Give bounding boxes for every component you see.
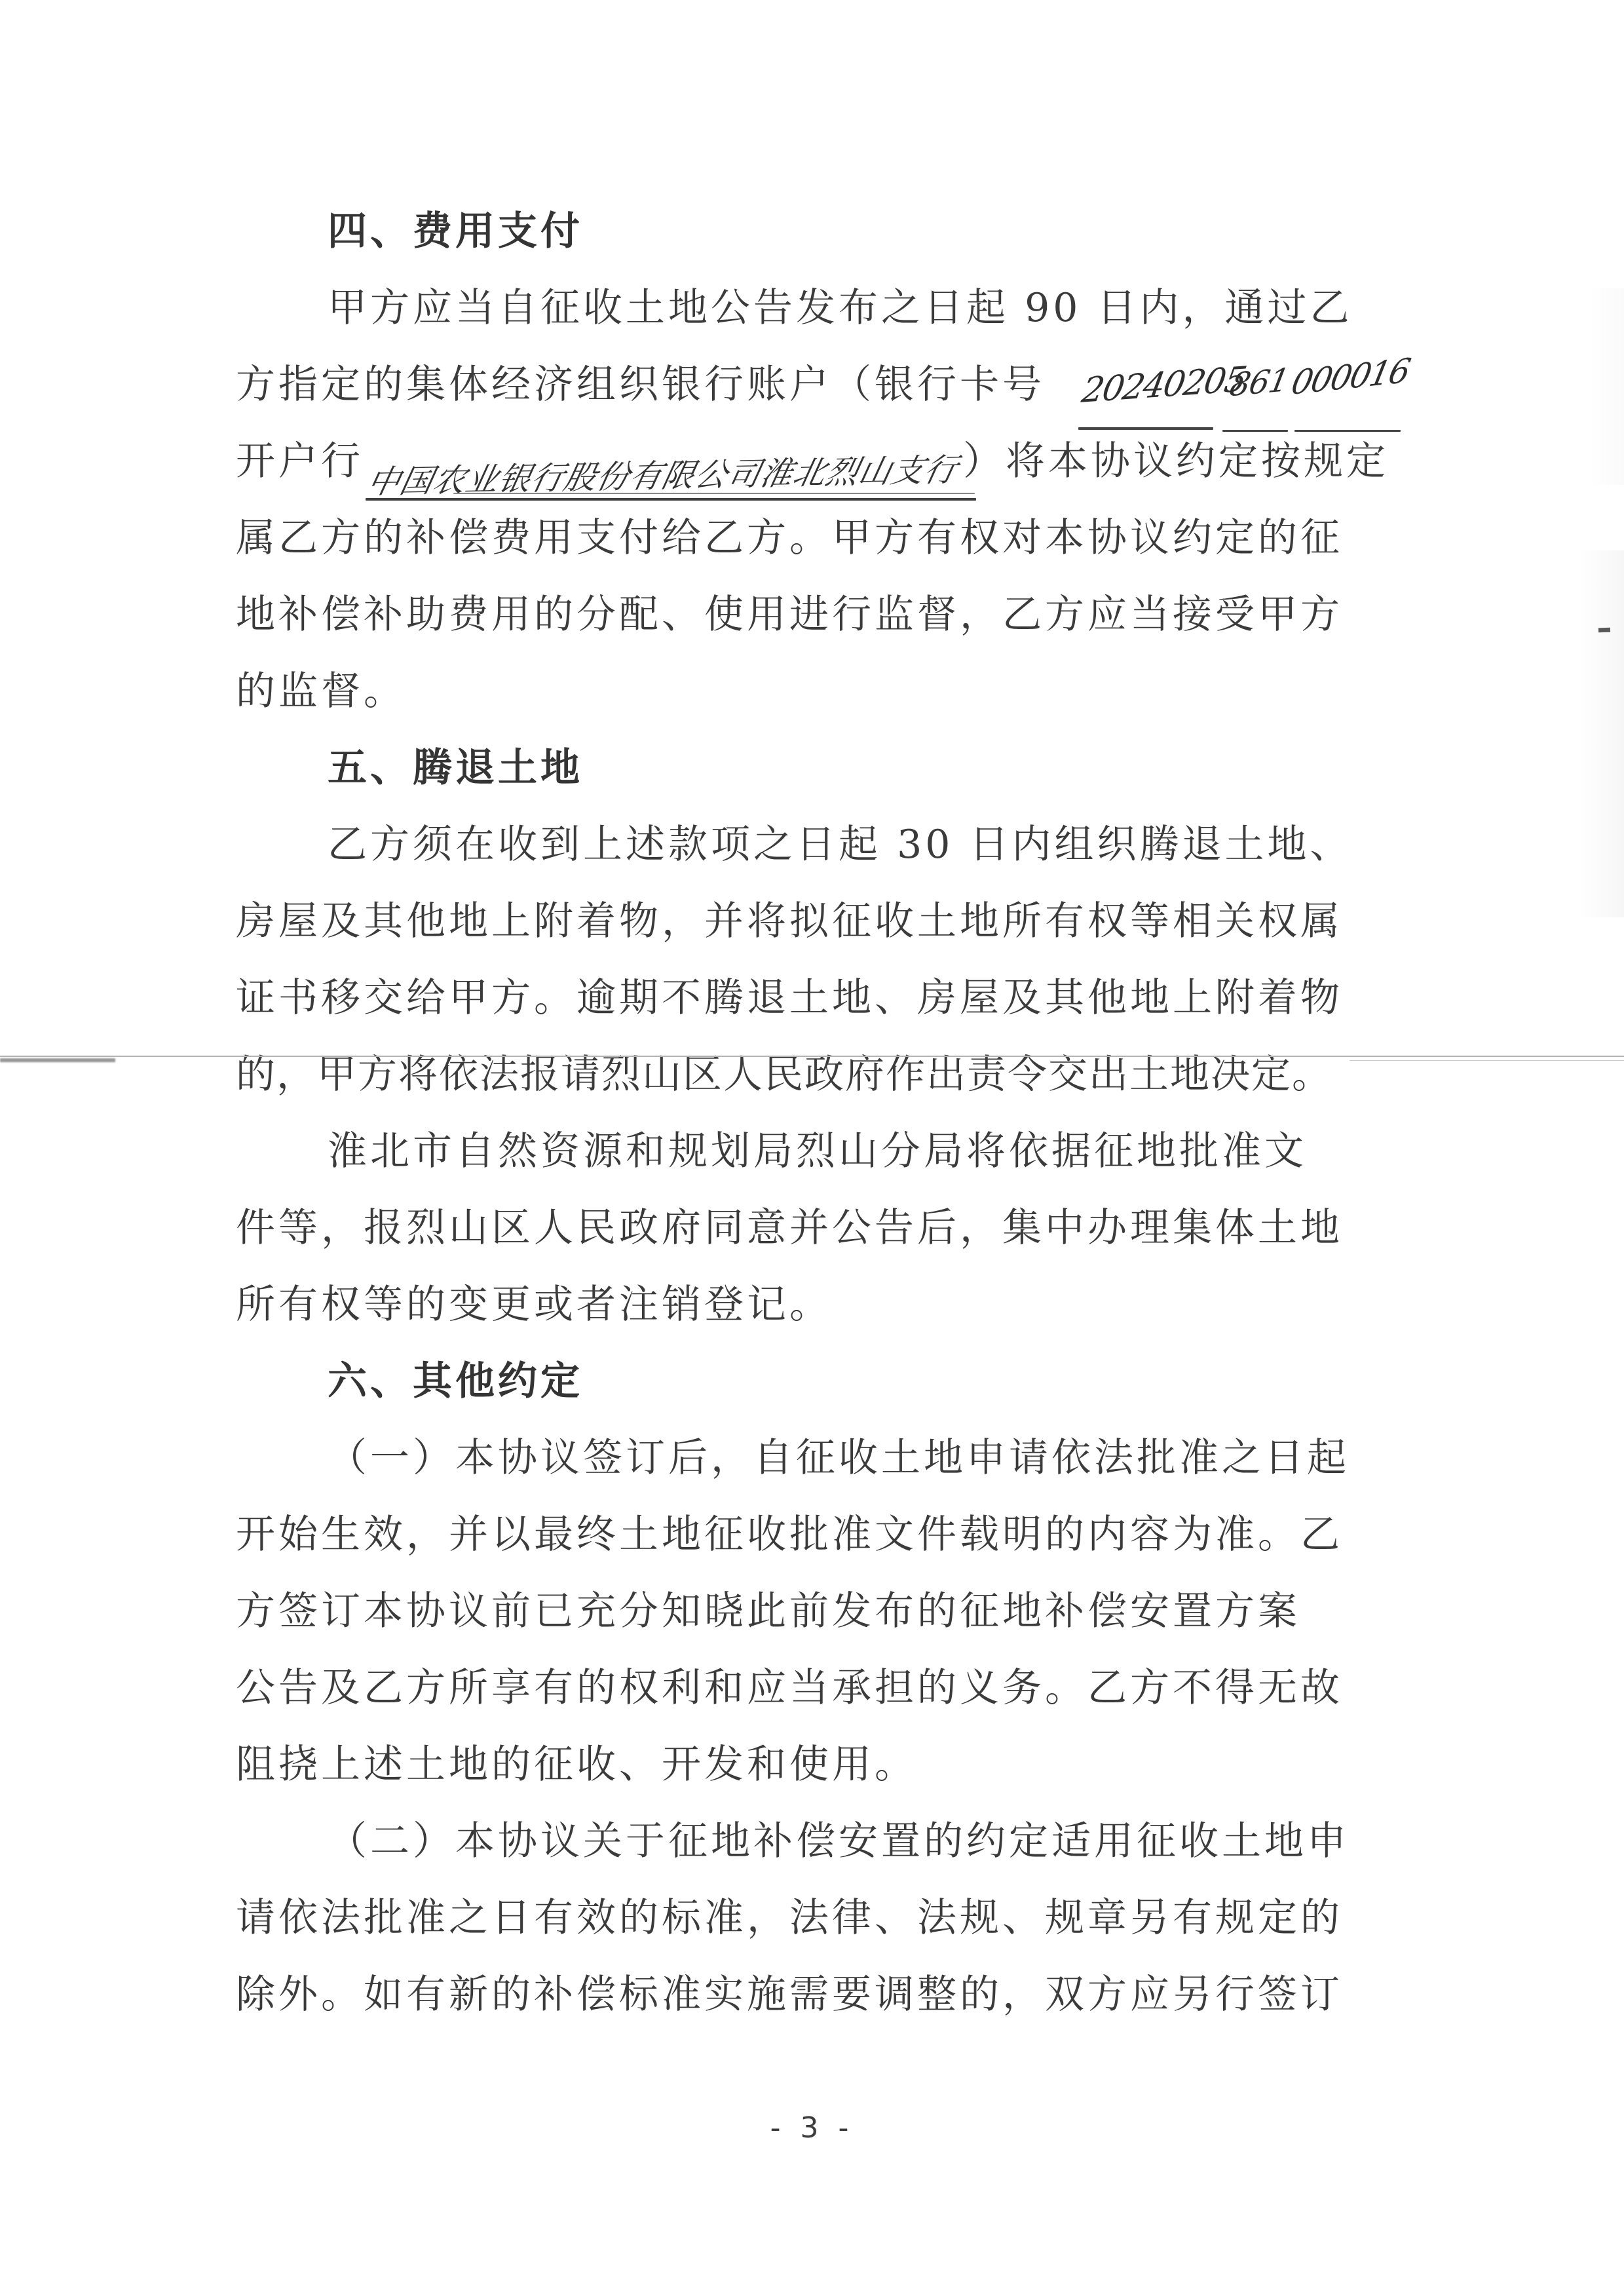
scan-artifact-left-smudge (0, 1058, 115, 1062)
bank-branch-blank-underline-ghost (453, 493, 975, 494)
text-line: 请依法批准之日有效的标准，法律、法规、规章另有规定的 (236, 1880, 1389, 1957)
text-line: 的监督。 (236, 653, 1389, 730)
page-number: - 3 - (0, 2111, 1624, 2145)
text-line: （一）本协议签订后，自征收土地申请依法批准之日起 (236, 1420, 1389, 1497)
text-line: 开始生效，并以最终土地征收批准文件载明的内容为准。乙 (236, 1497, 1389, 1573)
text-line: 的，甲方将依法报请烈山区人民政府作出责令交出土地决定。 (236, 1037, 1389, 1113)
text-line-prefix: 开户行 (236, 423, 364, 500)
card-number-blank-underline-3 (1294, 430, 1401, 432)
handwritten-bank-card-number-part2: 861 (1227, 362, 1292, 404)
section-heading-line: 六、其他约定 (236, 1343, 1389, 1420)
text-line-suffix: ）将本协议约定按规定 (963, 423, 1389, 500)
text-line: 公告及乙方所享有的权利和应当承担的义务。乙方不得无故 (236, 1650, 1389, 1727)
text-line: 房屋及其他地上附着物，并将拟征收土地所有权等相关权属 (236, 883, 1389, 960)
card-number-blank-underline-1 (1078, 427, 1213, 430)
card-number-blank-underline-2 (1222, 430, 1288, 432)
text-line: 件等，报烈山区人民政府同意并公告后，集中办理集体土地 (236, 1190, 1389, 1267)
section-heading-line: 五、腾退土地 (236, 730, 1389, 807)
scan-artifact-right-strand (1350, 1060, 1624, 1061)
text-line: 地补偿补助费用的分配、使用进行监督，乙方应当接受甲方 (236, 577, 1389, 653)
text-line: 除外。如有新的补偿标准实施需要调整的，双方应另行签订 (236, 1957, 1389, 2033)
text-line: 淮北市自然资源和规划局烈山分局将依据征地批准文 (236, 1113, 1389, 1190)
text-line: 方签订本协议前已充分知晓此前发布的征地补偿安置方案 (236, 1573, 1389, 1650)
text-line: 阻挠上述土地的征收、开发和使用。 (236, 1727, 1389, 1803)
scanned-document-page: 四、费用支付甲方应当自征收土地公告发布之日起 90 日内，通过乙方指定的集体经济… (0, 0, 1624, 2296)
text-line: 乙方须在收到上述款项之日起 30 日内组织腾退土地、 (236, 807, 1389, 883)
scan-artifact-edge-shading-upper (1588, 288, 1624, 485)
text-line: 属乙方的补偿费用支付给乙方。甲方有权对本协议约定的征 (236, 500, 1389, 577)
section-heading-line: 四、费用支付 (236, 193, 1389, 270)
text-line: 甲方应当自征收土地公告发布之日起 90 日内，通过乙 (236, 270, 1389, 347)
scan-artifact-horizontal-line (0, 1056, 1624, 1057)
text-line: （二）本协议关于征地补偿安置的约定适用征收土地申 (236, 1803, 1389, 1880)
text-line: 所有权等的变更或者注销登记。 (236, 1267, 1389, 1343)
scan-artifact-edge-shading (1578, 550, 1624, 917)
text-line: 证书移交给甲方。逾期不腾退土地、房屋及其他地上附着物 (236, 960, 1389, 1037)
bank-branch-blank-underline (366, 498, 976, 501)
